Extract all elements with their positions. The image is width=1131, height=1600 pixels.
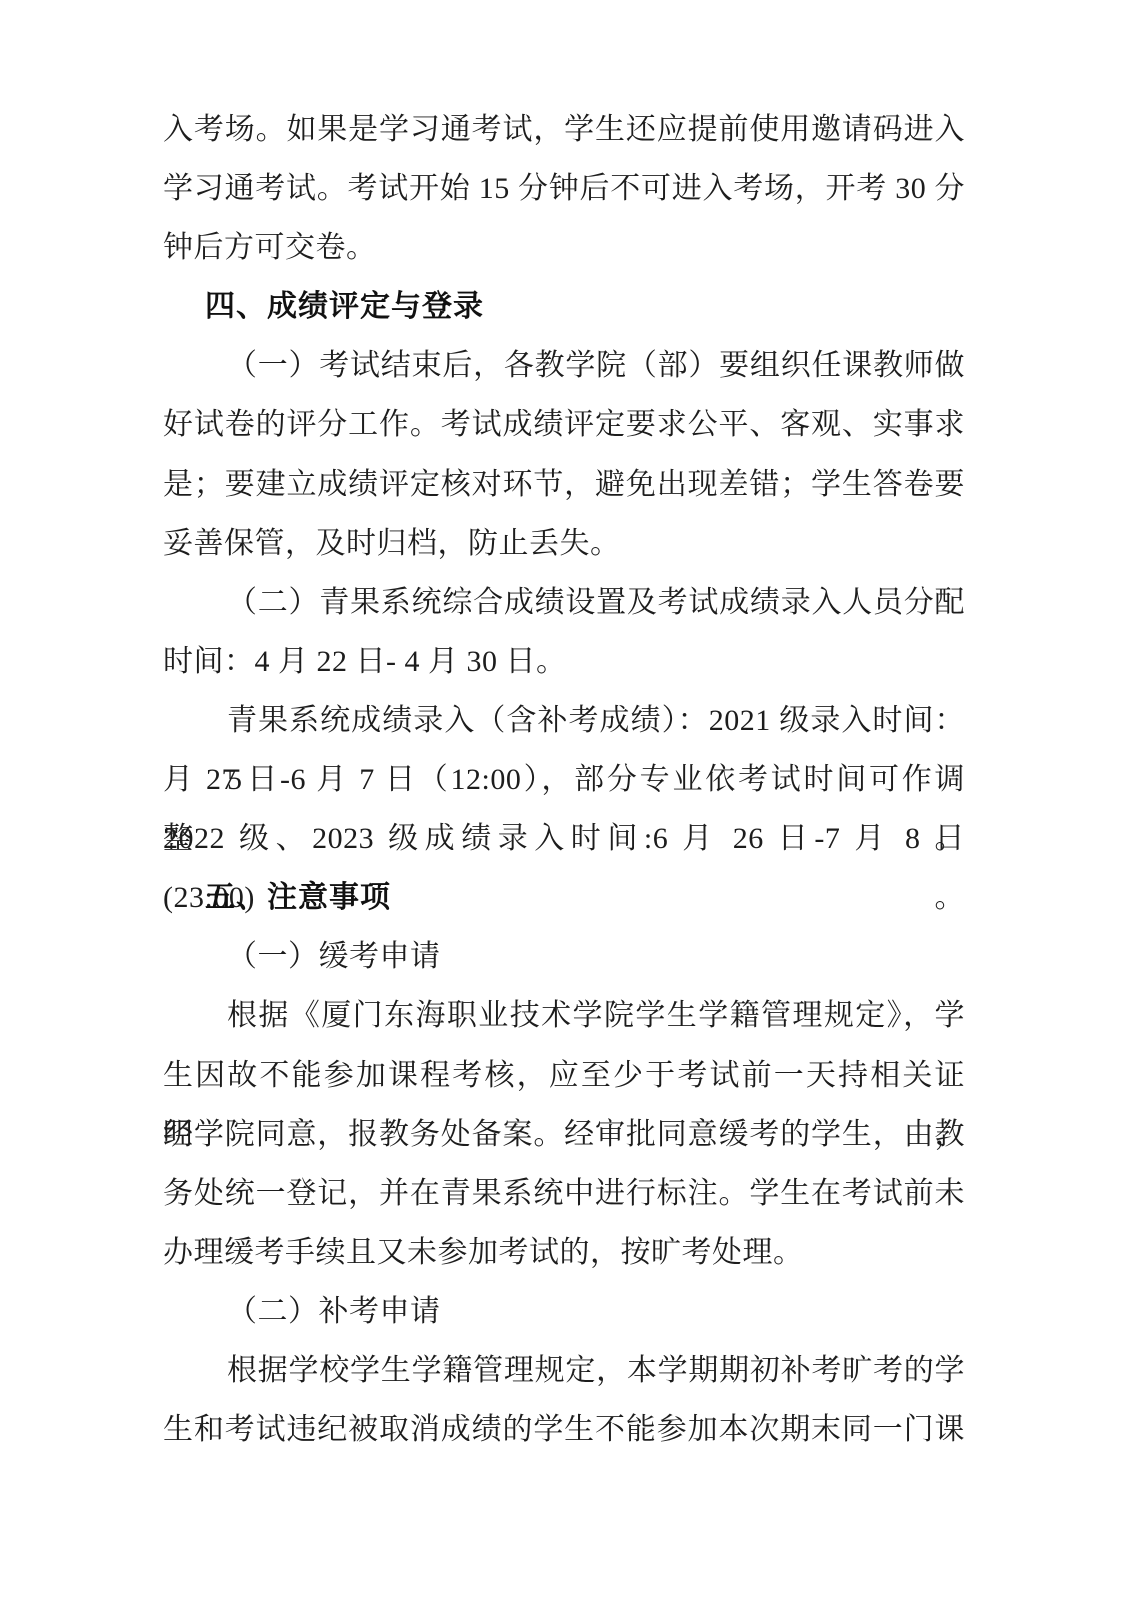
text-line: 生和考试违纪被取消成绩的学生不能参加本次期末同一门课 <box>163 1400 965 1459</box>
text-line: 经学院同意，报教务处备案。经审批同意缓考的学生，由教 <box>163 1105 965 1164</box>
text-line: 根据《厦门东海职业技术学院学生学籍管理规定》，学 <box>163 986 965 1045</box>
text-line: 根据学校学生学籍管理规定，本学期期初补考旷考的学 <box>163 1341 965 1400</box>
text-line: 时间：4 月 22 日- 4 月 30 日。 <box>163 632 965 691</box>
text-line: （一）考试结束后，各教学院（部）要组织任课教师做 <box>163 336 965 395</box>
text-line: （一）缓考申请 <box>163 927 965 986</box>
text-line: 入考场。如果是学习通考试，学生还应提前使用邀请码进入 <box>163 100 965 159</box>
text-line: 青果系统成绩录入（含补考成绩）：2021 级录入时间：5 <box>163 691 965 750</box>
text-line: （二）补考申请 <box>163 1282 965 1341</box>
text-line: 月 27 日-6 月 7 日（12:00），部分专业依考试时间可作调整。 <box>163 750 965 809</box>
text-line: 是；要建立成绩评定核对环节，避免出现差错；学生答卷要 <box>163 455 965 514</box>
text-line: 办理缓考手续且又未参加考试的，按旷考处理。 <box>163 1223 965 1282</box>
text-line: 生因故不能参加课程考核，应至少于考试前一天持相关证明， <box>163 1046 965 1105</box>
text-line: 好试卷的评分工作。考试成绩评定要求公平、客观、实事求 <box>163 395 965 454</box>
text-line: 2022 级、2023 级成绩录入时间:6 月 26 日-7 月 8 日(23:… <box>163 809 965 868</box>
text-line: 妥善保管，及时归档，防止丢失。 <box>163 514 965 573</box>
text-line: 务处统一登记，并在青果系统中进行标注。学生在考试前未 <box>163 1164 965 1223</box>
text-content: 入考场。如果是学习通考试，学生还应提前使用邀请码进入学习通考试。考试开始 15 … <box>163 100 965 1459</box>
text-line: （二）青果系统综合成绩设置及考试成绩录入人员分配 <box>163 573 965 632</box>
section-heading: 四、成绩评定与登录 <box>163 277 965 336</box>
document-page: 入考场。如果是学习通考试，学生还应提前使用邀请码进入学习通考试。考试开始 15 … <box>0 0 1131 1600</box>
text-line: 学习通考试。考试开始 15 分钟后不可进入考场，开考 30 分 <box>163 159 965 218</box>
text-line: 钟后方可交卷。 <box>163 218 965 277</box>
